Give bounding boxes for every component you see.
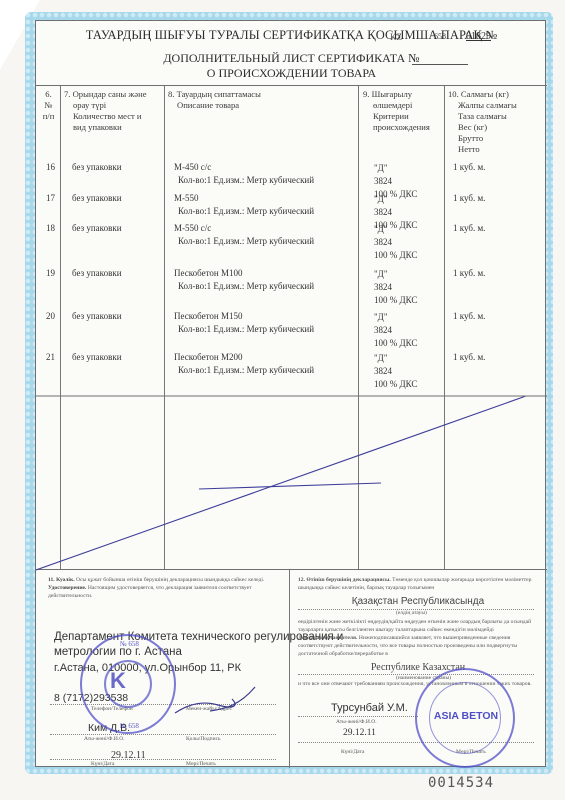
origin-country-kz: Қазақстан Республикасында — [298, 596, 538, 607]
serial-prefix: KZ — [390, 32, 402, 42]
issuer-stamp: № 658 K № 658 — [80, 634, 176, 734]
issuer-name-label: Аты-жөні/Ф.И.О. — [84, 736, 125, 742]
serial-code: 658 — [434, 32, 446, 41]
serial-number: 01829 — [466, 31, 491, 42]
document-page: ТАУАРДЫҢ ШЫҒУЫ ТУРАЛЫ СЕРТИФИКАТҚА ҚОСЫМ… — [0, 0, 565, 800]
applicant-signer-name: Турсунбай У.М. — [331, 702, 408, 714]
box-11-certification: 11. Куәлік. Осы құжат бойынша өтініш бер… — [48, 576, 280, 600]
document-number: 0014534 — [428, 775, 494, 791]
country-kz-label: (елдің атауы) — [396, 610, 427, 616]
issuer-date-label: Күні/Дата — [91, 761, 114, 767]
title-ru: ДОПОЛНИТЕЛЬНЫЙ ЛИСТ СЕРТИФИКАТА № — [36, 51, 547, 66]
applicant-date-label: Күні/Дата — [341, 749, 364, 755]
box-12-declaration-kz: 12. Өтініш берушінің декларациясы. Төмен… — [298, 576, 538, 592]
applicant-name-label: Аты-жөні/Ф.И.О. — [336, 719, 377, 725]
goods-table: 6. № п/п 7. Орындар саны және орау түрі … — [36, 85, 547, 570]
issuer-signature — [170, 685, 260, 725]
applicant-stamp: ASIA BETON — [415, 668, 515, 768]
cancellation-strike-lines — [36, 86, 547, 571]
applicant-date: 29.12.11 — [343, 728, 376, 738]
certificate-number-blank — [412, 64, 468, 65]
origin-country-ru: Республике Казахстан — [298, 662, 538, 673]
issuer-seal-label: Мөрі/Печать — [186, 761, 216, 767]
subtitle-ru: О ПРОИСХОЖДЕНИИ ТОВАРА — [36, 66, 547, 81]
box-12-declaration-ru: өндірілгенін және жеткілікті өңдеудің/қа… — [298, 618, 538, 658]
signature-label: Қолы/Подпись — [186, 736, 221, 742]
